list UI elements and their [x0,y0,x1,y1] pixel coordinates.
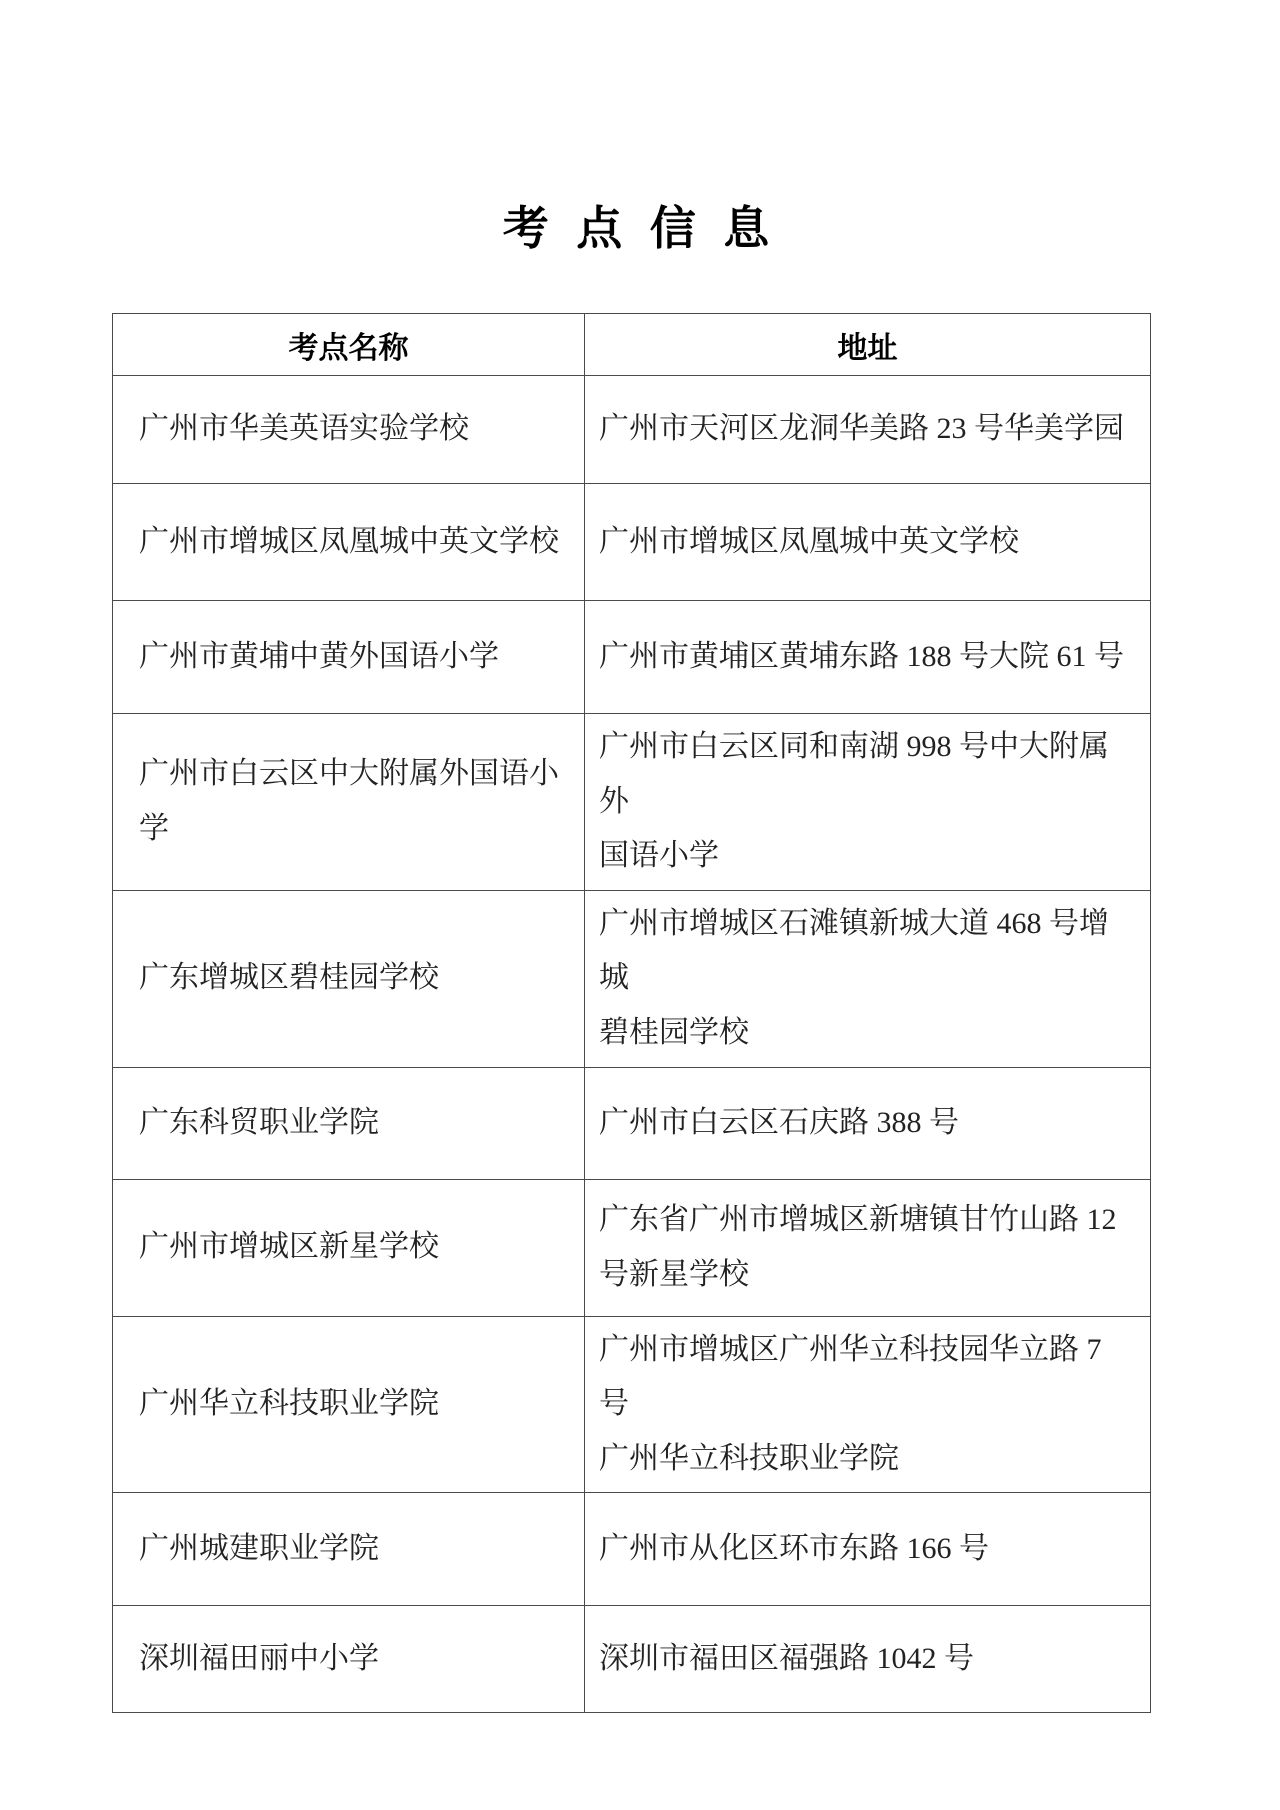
column-header-address: 地址 [585,314,1151,376]
exam-sites-table: 考点名称 地址 广州市华美英语实验学校广州市天河区龙洞华美路 23 号华美学园广… [112,313,1151,1713]
site-address-cell: 广州市黄埔区黄埔东路 188 号大院 61 号 [585,601,1151,714]
table-header-row: 考点名称 地址 [113,314,1151,376]
table-body: 广州市华美英语实验学校广州市天河区龙洞华美路 23 号华美学园广州市增城区凤凰城… [113,376,1151,1713]
site-address-cell: 深圳市福田区福强路 1042 号 [585,1606,1151,1713]
site-address-cell: 广州市增城区石滩镇新城大道 468 号增城 碧桂园学校 [585,890,1151,1067]
site-address-cell: 广东省广州市增城区新塘镇甘竹山路 12 号新星学校 [585,1179,1151,1316]
table-row: 广州市黄埔中黄外国语小学广州市黄埔区黄埔东路 188 号大院 61 号 [113,601,1151,714]
table-row: 广东增城区碧桂园学校广州市增城区石滩镇新城大道 468 号增城 碧桂园学校 [113,890,1151,1067]
table-row: 广东科贸职业学院广州市白云区石庆路 388 号 [113,1067,1151,1179]
site-name-cell: 广州市增城区新星学校 [113,1179,585,1316]
site-address-cell: 广州市增城区广州华立科技园华立路 7 号 广州华立科技职业学院 [585,1316,1151,1493]
table-row: 广州城建职业学院广州市从化区环市东路 166 号 [113,1493,1151,1606]
site-address-cell: 广州市天河区龙洞华美路 23 号华美学园 [585,376,1151,484]
site-name-cell: 广东增城区碧桂园学校 [113,890,585,1067]
column-header-site-name: 考点名称 [113,314,585,376]
page-title: 考 点 信 息 [0,192,1280,258]
site-name-cell: 广州市黄埔中黄外国语小学 [113,601,585,714]
site-name-cell: 深圳福田丽中小学 [113,1606,585,1713]
table-row: 广州市白云区中大附属外国语小 学广州市白云区同和南湖 998 号中大附属外 国语… [113,714,1151,891]
table-row: 广州市增城区凤凰城中英文学校广州市增城区凤凰城中英文学校 [113,484,1151,601]
site-name-cell: 广州市增城区凤凰城中英文学校 [113,484,585,601]
site-address-cell: 广州市增城区凤凰城中英文学校 [585,484,1151,601]
table-row: 广州市增城区新星学校广东省广州市增城区新塘镇甘竹山路 12 号新星学校 [113,1179,1151,1316]
site-name-cell: 广州市白云区中大附属外国语小 学 [113,714,585,891]
table-row: 广州市华美英语实验学校广州市天河区龙洞华美路 23 号华美学园 [113,376,1151,484]
site-name-cell: 广州市华美英语实验学校 [113,376,585,484]
site-name-cell: 广东科贸职业学院 [113,1067,585,1179]
site-address-cell: 广州市白云区同和南湖 998 号中大附属外 国语小学 [585,714,1151,891]
site-address-cell: 广州市白云区石庆路 388 号 [585,1067,1151,1179]
site-address-cell: 广州市从化区环市东路 166 号 [585,1493,1151,1606]
table-row: 广州华立科技职业学院广州市增城区广州华立科技园华立路 7 号 广州华立科技职业学… [113,1316,1151,1493]
table-row: 深圳福田丽中小学深圳市福田区福强路 1042 号 [113,1606,1151,1713]
site-name-cell: 广州城建职业学院 [113,1493,585,1606]
site-name-cell: 广州华立科技职业学院 [113,1316,585,1493]
